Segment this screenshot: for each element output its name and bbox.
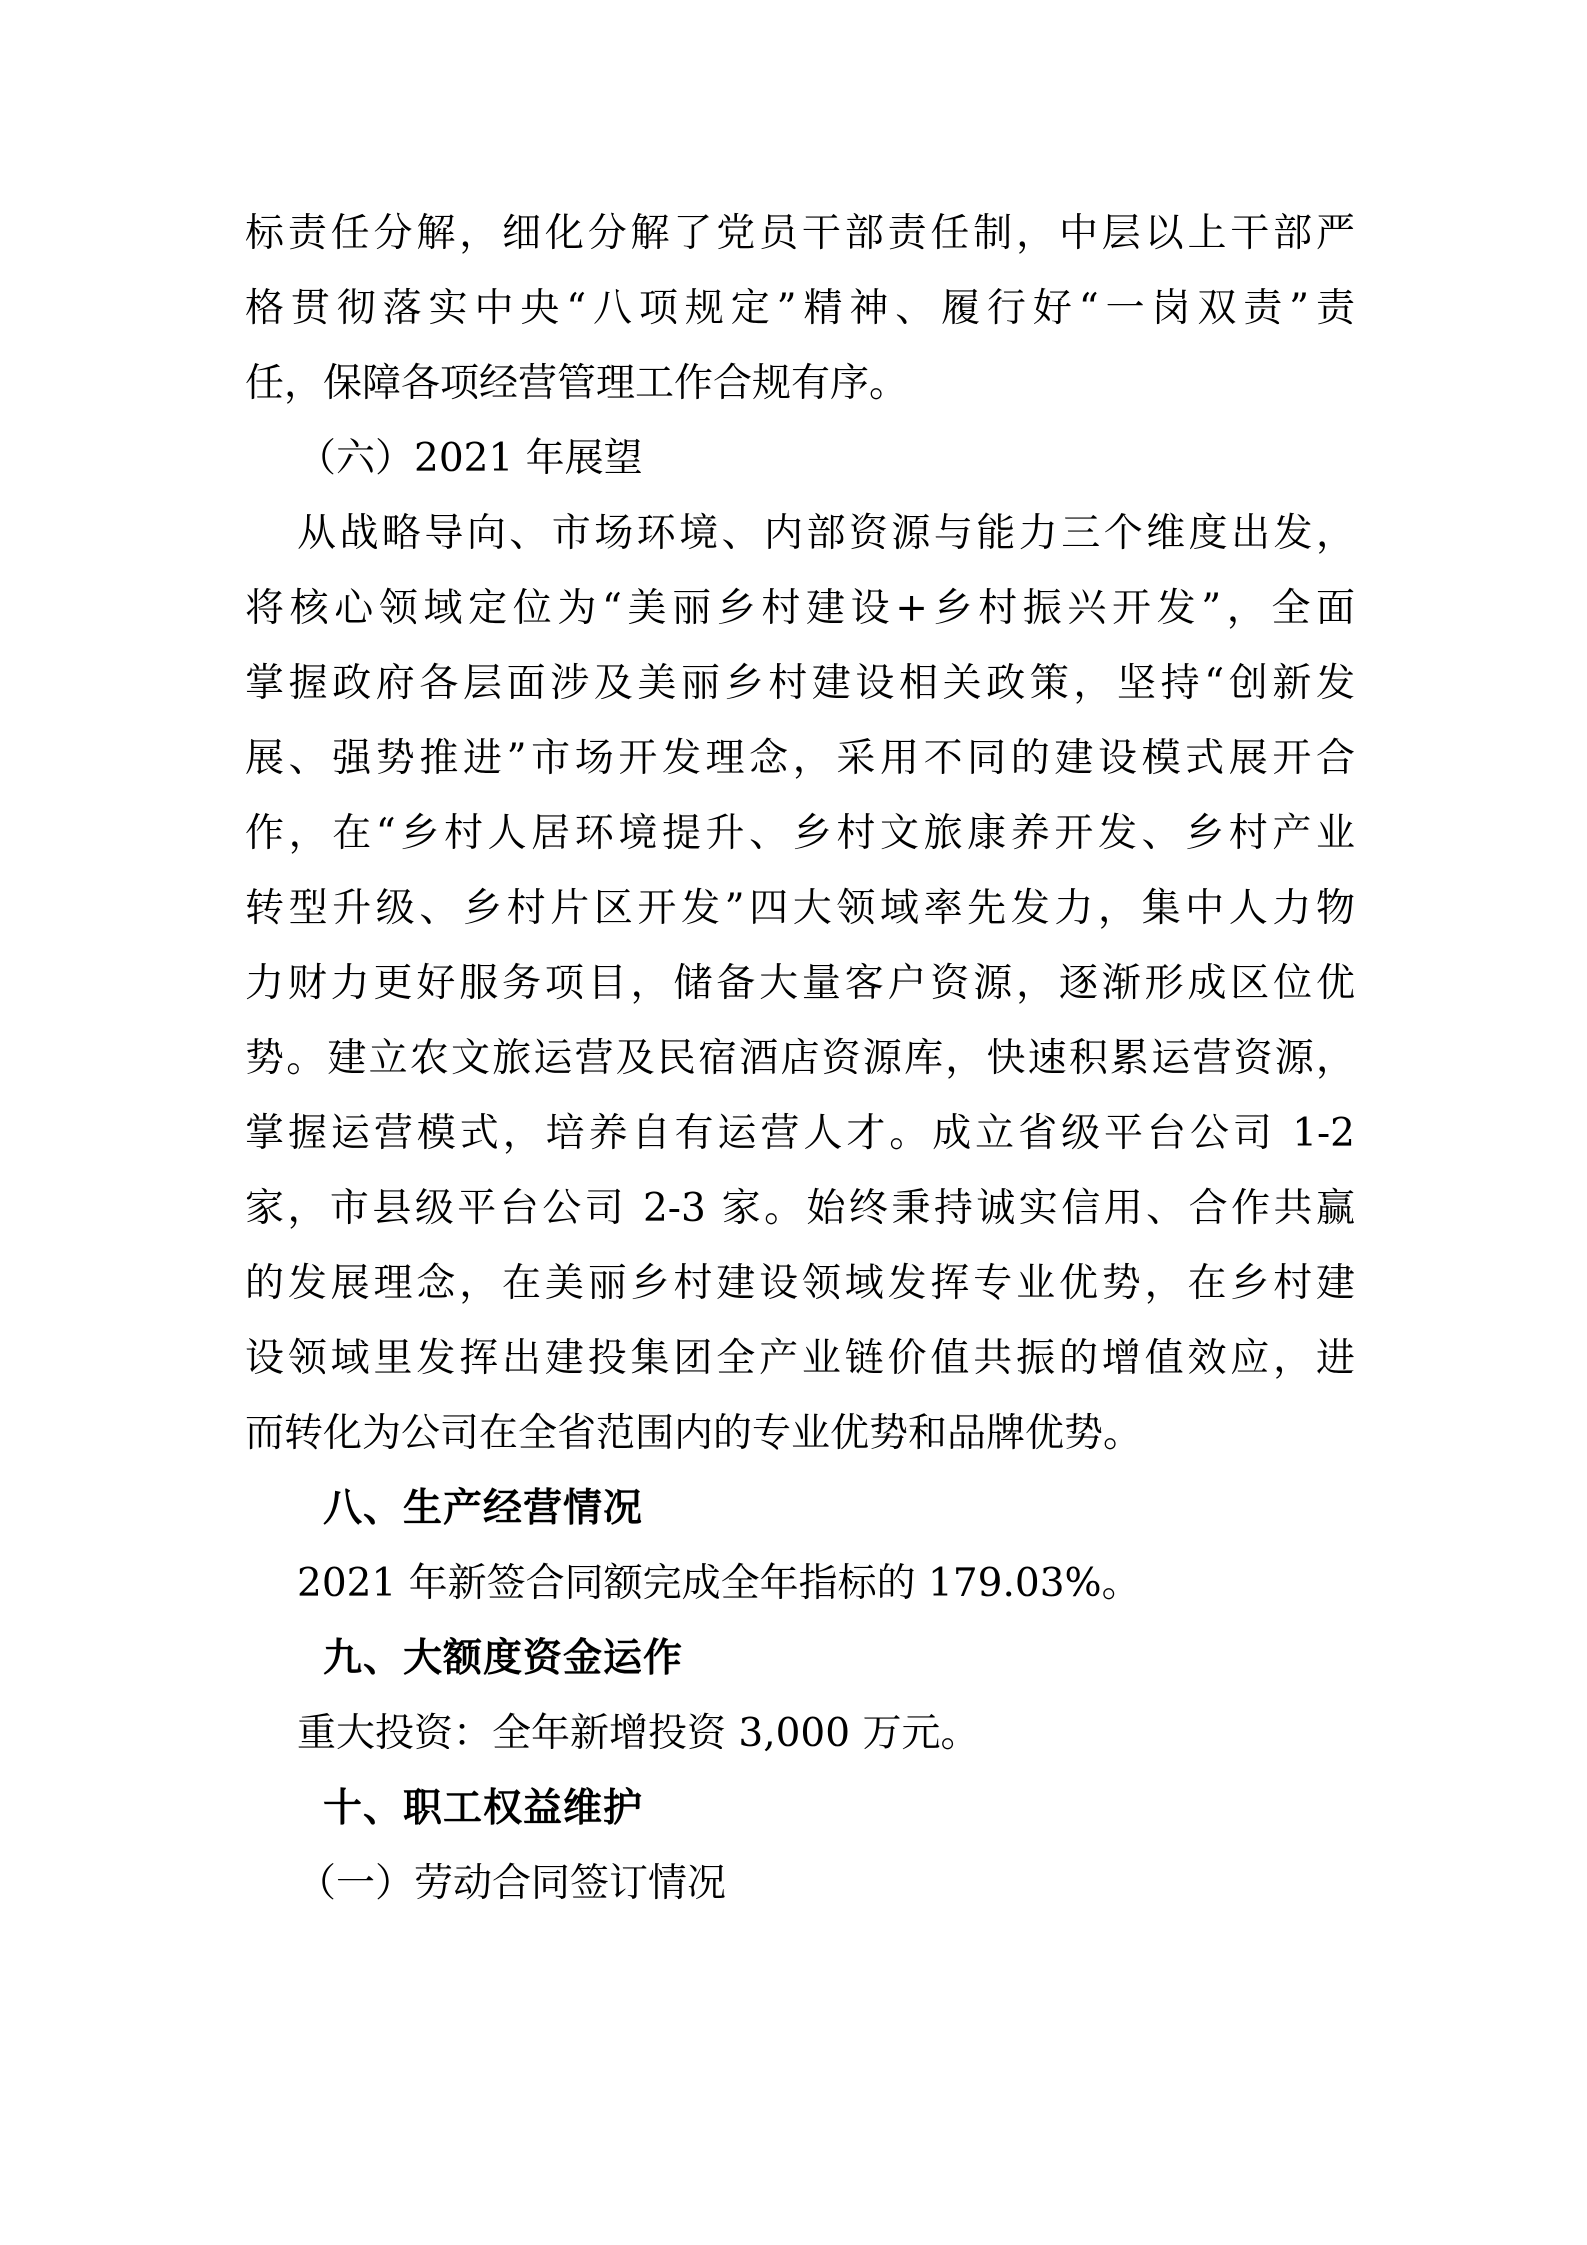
text-line: 重大投资：全年新增投资 3,000 万元。 (245, 1696, 1355, 1771)
text-line: 转型升级、乡村片区开发”四大领域率先发力，集中人力物 (245, 871, 1355, 946)
text-line: 展、强势推进”市场开发理念，采用不同的建设模式展开合 (245, 721, 1355, 796)
text-line: 的发展理念，在美丽乡村建设领域发挥专业优势，在乡村建 (245, 1246, 1355, 1321)
text-line: 力财力更好服务项目，储备大量客户资源，逐渐形成区位优 (245, 946, 1355, 1021)
text-line: 标责任分解，细化分解了党员干部责任制，中层以上干部严 (245, 196, 1355, 271)
text-line: 格贯彻落实中央“八项规定”精神、履行好“一岗双责”责 (245, 271, 1355, 346)
text-line: 任，保障各项经营管理工作合规有序。 (245, 346, 1355, 421)
document-page: 标责任分解，细化分解了党员干部责任制，中层以上干部严格贯彻落实中央“八项规定”精… (245, 196, 1355, 1921)
text-line: 将核心领域定位为“美丽乡村建设+乡村振兴开发”，全面 (245, 571, 1355, 646)
section-heading: 十、职工权益维护 (245, 1771, 1355, 1846)
text-line: 从战略导向、市场环境、内部资源与能力三个维度出发， (245, 496, 1355, 571)
text-line: 作，在“乡村人居环境提升、乡村文旅康养开发、乡村产业 (245, 796, 1355, 871)
subsection-heading: （一）劳动合同签订情况 (245, 1846, 1355, 1921)
text-line: 家，市县级平台公司 2-3 家。始终秉持诚实信用、合作共赢 (245, 1171, 1355, 1246)
subsection-heading: （六）2021 年展望 (245, 421, 1355, 496)
document-lines: 标责任分解，细化分解了党员干部责任制，中层以上干部严格贯彻落实中央“八项规定”精… (245, 196, 1355, 1921)
text-line: 掌握政府各层面涉及美丽乡村建设相关政策，坚持“创新发 (245, 646, 1355, 721)
section-heading: 九、大额度资金运作 (245, 1621, 1355, 1696)
text-line: 2021 年新签合同额完成全年指标的 179.03%。 (245, 1546, 1355, 1621)
text-line: 势。建立农文旅运营及民宿酒店资源库，快速积累运营资源， (245, 1021, 1355, 1096)
text-line: 设领域里发挥出建投集团全产业链价值共振的增值效应，进 (245, 1321, 1355, 1396)
section-heading: 八、生产经营情况 (245, 1471, 1355, 1546)
text-line: 掌握运营模式，培养自有运营人才。成立省级平台公司 1-2 (245, 1096, 1355, 1171)
text-line: 而转化为公司在全省范围内的专业优势和品牌优势。 (245, 1396, 1355, 1471)
